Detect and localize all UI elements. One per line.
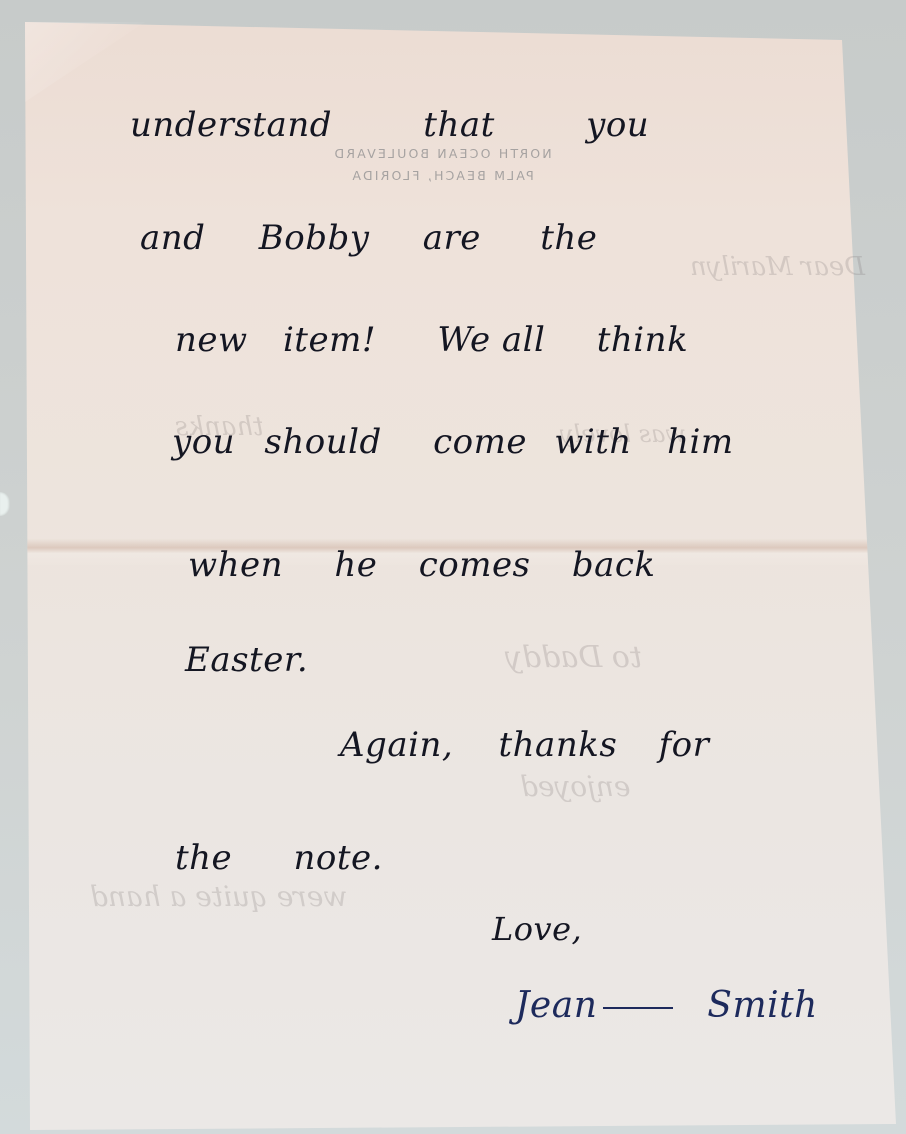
letterhead: NORTH OCEAN BOULEVARD PALM BEACH, FLORID…	[262, 143, 622, 187]
word: you	[172, 422, 235, 462]
signature-last-name: Smith	[707, 985, 817, 1026]
signature: Jean Smith	[515, 985, 818, 1026]
letterhead-street: NORTH OCEAN BOULEVARD	[262, 143, 622, 165]
word: understand	[130, 105, 332, 145]
word: he	[334, 545, 377, 585]
word: and	[140, 218, 205, 258]
letter-line-6: Easter.	[185, 640, 308, 680]
word: item!	[283, 320, 376, 360]
letter-line-2: and Bobby are the	[140, 218, 597, 258]
signature-flourish	[603, 1007, 673, 1009]
word: We all	[437, 320, 545, 360]
word: with	[554, 422, 632, 462]
word: that	[423, 105, 495, 145]
word: Bobby	[259, 218, 370, 258]
letterhead-city: PALM BEACH, FLORIDA	[262, 165, 622, 187]
letter-line-7: Again, thanks for	[340, 725, 709, 765]
word: the	[540, 218, 597, 258]
word: back	[572, 545, 656, 585]
word: when	[188, 545, 283, 585]
letter-line-3: new item! We all think	[175, 320, 688, 360]
word: Again,	[340, 725, 453, 765]
letter-line-4: you should come with him	[172, 422, 734, 462]
word: new	[175, 320, 248, 360]
show-through-text: enjoyed	[520, 770, 630, 803]
word: for	[659, 725, 710, 765]
word: the	[175, 838, 232, 878]
word: are	[423, 218, 481, 258]
word: come	[433, 422, 527, 462]
show-through-text: Dear Marilyn	[690, 252, 865, 282]
word: note.	[294, 838, 383, 878]
signature-first-name: Jean	[515, 985, 597, 1026]
show-through-text: were quite a hand	[90, 880, 347, 913]
word: thanks	[498, 725, 617, 765]
letter-line-1: understand that you	[130, 105, 649, 145]
word: Easter.	[185, 640, 308, 680]
word: you	[586, 105, 649, 145]
letter-line-5: when he comes back	[188, 545, 656, 585]
word: think	[597, 320, 688, 360]
letter-line-8: the note.	[175, 838, 383, 878]
word: comes	[419, 545, 531, 585]
word: him	[667, 422, 734, 462]
letter-closing: Love,	[492, 910, 582, 948]
show-through-text: to Daddy	[505, 640, 642, 675]
word: should	[264, 422, 381, 462]
